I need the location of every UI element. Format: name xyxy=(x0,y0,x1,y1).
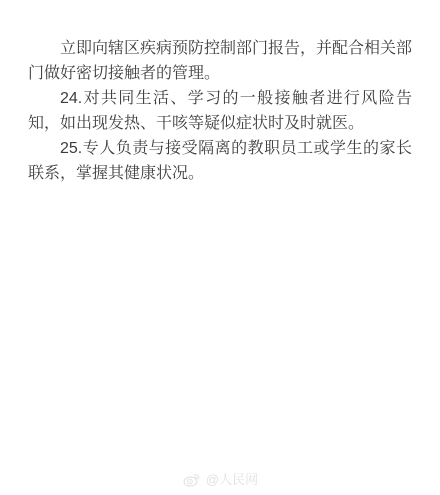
paragraph: 立即向辖区疾病预防控制部门报告，并配合相关部门做好密切接触者的管理。 xyxy=(28,36,412,86)
paragraph: 25.专人负责与接受隔离的教职员工或学生的家长联系，掌握其健康状况。 xyxy=(28,136,412,186)
document-body: 立即向辖区疾病预防控制部门报告，并配合相关部门做好密切接触者的管理。 24.对共… xyxy=(28,36,412,186)
weibo-icon xyxy=(182,470,201,489)
watermark-label: @人民网 xyxy=(206,470,258,489)
watermark: @人民网 xyxy=(0,470,440,489)
paragraph: 24.对共同生活、学习的一般接触者进行风险告知，如出现发热、干咳等疑似症状时及时… xyxy=(28,86,412,136)
